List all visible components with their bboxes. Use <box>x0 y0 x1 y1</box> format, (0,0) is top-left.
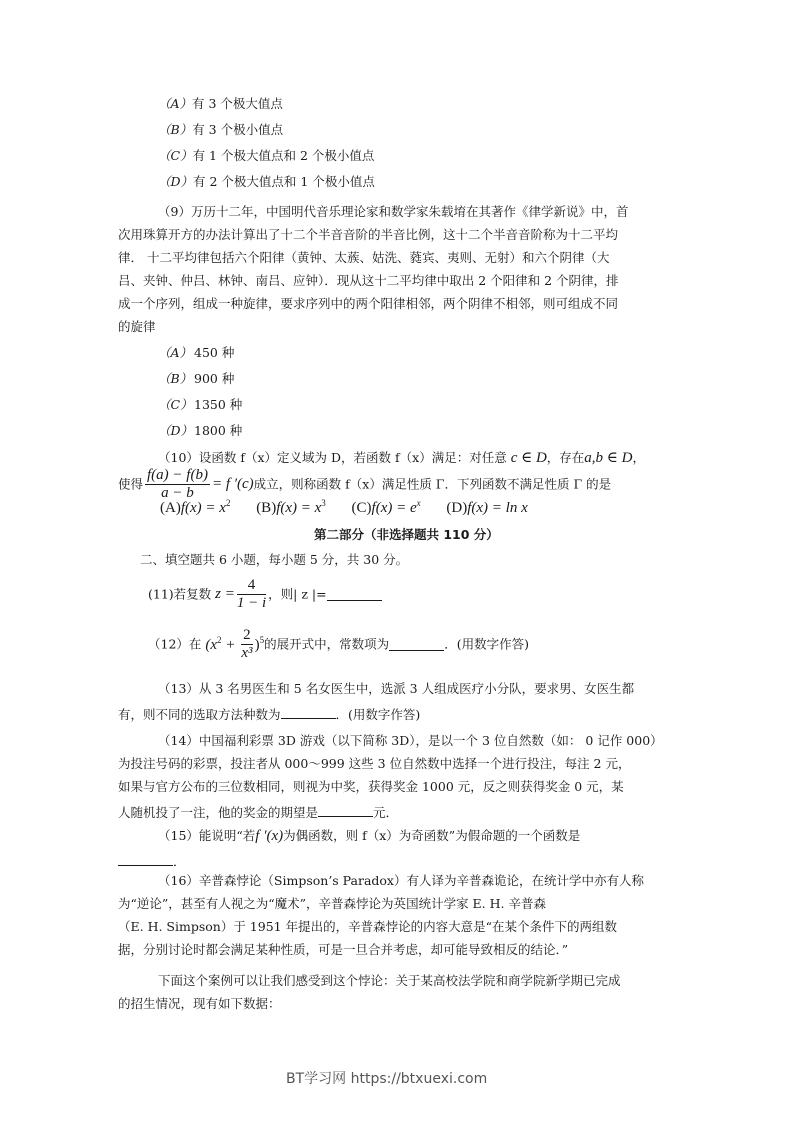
q11: (11)若复数 z =41 − i，则| z |= <box>148 578 382 611</box>
q10-option-d: (D)f(x) = ln x <box>446 500 527 516</box>
q15-text: 为偶函数，则 f（x）为奇函数”为假命题的一个函数是 <box>283 828 580 843</box>
q8-option-b: （B）有 3 个极小值点 <box>158 124 283 137</box>
q10-line-1: （10）设函数 f（x）定义域为 D，若函数 f（x）满足：对任意 c ∈ D，… <box>158 451 645 466</box>
q12: （12）在 (x2 + 2x³)5的展开式中，常数项为．(用数字作答) <box>148 628 529 661</box>
q14-line-4: 人随机投了一注，他的奖金的期望是元． <box>118 804 398 820</box>
q12-answer-blank[interactable] <box>389 638 444 651</box>
q10-text: 使得 <box>118 476 143 491</box>
q10-line-2: 使得f(a) − f(b)a − b= f ′(c)成立，则称函数 f（x）满足… <box>118 468 611 501</box>
q11-text: (11)若复数 <box>148 586 211 601</box>
option-expr: f(x) = x <box>276 500 321 516</box>
option-text: 有 1 个极大值点和 2 个极小值点 <box>193 148 375 163</box>
option-sup: x <box>417 498 421 508</box>
q13-answer-blank[interactable] <box>281 706 336 719</box>
option-text: 有 3 个极大值点 <box>192 96 283 111</box>
q12-text: （12）在 <box>148 636 201 651</box>
q13-text: ．(用数字作答) <box>336 707 421 722</box>
q10-fraction: f(a) − f(b)a − b <box>145 468 210 501</box>
q9-option-a: （A）450 种 <box>158 347 234 360</box>
q10-text: （10）设函数 f（x）定义域为 D，若函数 f（x）满足：对任意 <box>158 450 507 465</box>
q9-line-3: 律． 十二平均律包括六个阳律（黄钟、太蔟、姑洗、蕤宾、夷则、无射）和六个阴律（大 <box>118 252 609 265</box>
q13-line-2: 有，则不同的选取方法种数为．(用数字作答) <box>118 706 420 722</box>
q12-expression: (x2 + <box>205 637 239 653</box>
option-label: (B) <box>256 500 276 516</box>
q14-line-1: （14）中国福利彩票 3D 游戏（以下简称 3D），是以一个 3 位自然数（如：… <box>158 735 663 748</box>
q11-text: ，则| z |= <box>268 586 326 601</box>
q16-line-1: （16）辛普森悖论（Simpson’s Paradox）有人译为辛普森诡论，在统… <box>158 875 644 888</box>
part2-title: 第二部分（非选择题共 110 分） <box>314 529 499 542</box>
expr-part: (x <box>205 637 217 653</box>
q8-option-d: （D）有 2 个极大值点和 1 个极小值点 <box>158 176 375 189</box>
q16-line-4: 据，分别讨论时都会满足某种性质，可是一旦合并考虑，却可能导致相反的结论．” <box>118 944 568 957</box>
option-label: （A） <box>158 96 192 111</box>
fraction-numerator: f(a) − f(b) <box>145 468 210 485</box>
q10-math-c: c ∈ D <box>511 450 547 466</box>
q8-option-c: （C）有 1 个极大值点和 2 个极小值点 <box>158 150 374 163</box>
q11-math-z: z = <box>215 586 235 602</box>
q13-text: 有，则不同的选取方法种数为 <box>118 707 281 722</box>
q14-answer-blank[interactable] <box>318 804 373 817</box>
option-text: 1800 种 <box>194 423 242 438</box>
footer-watermark: BT学习网 https://btxuexi.com <box>286 1072 487 1086</box>
q14-line-2: 为投注号码的彩票，投注者从 000～999 这些 3 位自然数中选择一个进行投注… <box>118 758 630 771</box>
option-label: （C） <box>158 148 193 163</box>
closing-line-1: 下面这个案例可以让我们感受到这个悖论：关于某高校法学院和商学院新学期已完成 <box>158 975 621 988</box>
q15-line-1: （15）能说明“若f ′(x)为偶函数，则 f（x）为奇函数”为假命题的一个函数… <box>158 829 580 844</box>
option-label: (C) <box>352 500 372 516</box>
q16-line-3: （E. H. Simpson）于 1951 年提出的，辛普森悖论的内容大意是“在… <box>118 921 617 934</box>
option-expr: f(x) = ln x <box>467 500 528 516</box>
q15-answer-blank[interactable] <box>118 853 173 866</box>
option-text: 1350 种 <box>194 397 242 412</box>
option-text: 900 种 <box>194 371 234 386</box>
q10-option-b: (B)f(x) = x3 <box>256 500 326 516</box>
q10-math-fprime: = f ′(c) <box>212 476 254 492</box>
q8-option-a: （A）有 3 个极大值点 <box>158 98 283 111</box>
q11-fraction: 41 − i <box>237 578 266 611</box>
q9-line-4: 吕、夹钟、仲吕、林钟、南吕、应钟）．现从这十二平均律中取出 2 个阳律和 2 个… <box>118 275 619 288</box>
q14-text: 元． <box>373 805 398 820</box>
option-text: 有 3 个极小值点 <box>192 122 283 137</box>
option-label: (D) <box>446 500 467 516</box>
q9-line-2: 次用珠算开方的办法计算出了十二个半音音阶的半音比例，这十二个半音音阶称为十二平均 <box>118 229 618 242</box>
q15-text: （15）能说明“若 <box>158 828 255 843</box>
q10-option-a: (A)f(x) = x2 <box>160 500 230 516</box>
option-label: （C） <box>158 399 194 412</box>
option-text: 有 2 个极大值点和 1 个极小值点 <box>193 174 375 189</box>
q13-line-1: （13）从 3 名男医生和 5 名女医生中，选派 3 人组成医疗小分队，要求男、… <box>158 683 634 696</box>
q14-line-3: 如果与官方公布的三位数相同，则视为中奖，获得奖金 1000 元，反之则获得奖金 … <box>118 781 624 794</box>
q11-answer-blank[interactable] <box>327 588 382 601</box>
q12-fraction: 2x³ <box>241 628 253 661</box>
closing-line-2: 的招生情况，现有如下数据： <box>118 998 281 1011</box>
q10-option-c: (C)f(x) = ex <box>352 500 421 516</box>
q9-line-1: （9）万历十二年，中国明代音乐理论家和数学家朱载堉在其著作《律学新说》中，首 <box>158 206 628 219</box>
option-label: (A) <box>160 500 181 516</box>
q9-option-c: （C）1350 种 <box>158 399 242 412</box>
q15-math-fprime: f ′(x) <box>255 828 283 844</box>
option-sup: 2 <box>226 498 231 508</box>
q10-math-ab: a,b ∈ D <box>584 450 632 466</box>
fraction-denominator: 1 − i <box>237 595 266 611</box>
option-label: （D） <box>158 174 193 189</box>
q10-options: (A)f(x) = x2 (B)f(x) = x3 (C)f(x) = ex (… <box>160 499 528 516</box>
q10-text: 成立，则称函数 f（x）满足性质 Γ．下列函数不满足性质 Γ 的是 <box>254 476 611 491</box>
q12-expression-close: )5 <box>255 637 265 653</box>
option-label: （B） <box>158 122 192 137</box>
q9-option-d: （D）1800 种 <box>158 425 242 438</box>
fraction-denominator: x³ <box>241 645 253 661</box>
expr-part: + <box>222 637 240 653</box>
q10-text: ， <box>632 450 645 465</box>
option-text: 450 种 <box>194 345 234 360</box>
q15-text: ． <box>173 854 186 869</box>
q16-line-2: 为“逆论”，甚至有人视之为“魔术”，辛普森悖论为英国统计学家 E. H. 辛普森 <box>118 898 546 911</box>
option-label: （D） <box>158 425 194 438</box>
fraction-numerator: 2 <box>241 628 253 645</box>
section2-intro: 二、填空题共 6 小题，每小题 5 分，共 30 分。 <box>140 554 408 567</box>
q12-text: ．(用数字作答) <box>444 636 529 651</box>
q12-text: 的展开式中，常数项为 <box>264 636 389 651</box>
q9-line-5: 成一个序列，组成一种旋律，要求序列中的两个阳律相邻，两个阴律不相邻，则可组成不同 <box>118 298 618 311</box>
q14-text: 人随机投了一注，他的奖金的期望是 <box>118 805 318 820</box>
option-sup: 3 <box>321 498 326 508</box>
option-expr: f(x) = x <box>181 500 226 516</box>
q9-option-b: （B）900 种 <box>158 373 234 386</box>
q10-text: ，存在 <box>547 450 585 465</box>
option-label: （A） <box>158 347 194 360</box>
q15-line-2: ． <box>118 853 186 869</box>
q9-line-6: 的旋律 <box>118 321 156 334</box>
option-label: （B） <box>158 373 194 386</box>
fraction-numerator: 4 <box>237 578 266 595</box>
option-expr: f(x) = e <box>372 500 417 516</box>
